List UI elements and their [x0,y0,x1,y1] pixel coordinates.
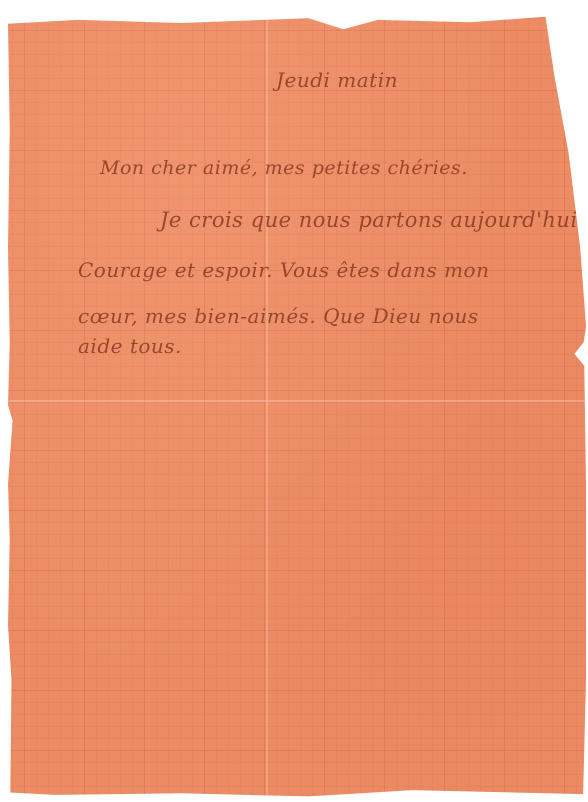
letter-body-line: cœur, mes bien-aimés. Que Dieu nous [78,304,479,328]
letter-body-line: aide tous. [78,334,182,358]
letter-page: Jeudi matin Mon cher aimé, mes petites c… [8,12,586,798]
letter-body-line: Je crois que nous partons aujourd'hui. [160,208,585,232]
letter-heading: Jeudi matin [276,68,398,92]
letter-body-line: Courage et espoir. Vous êtes dans mon [78,258,489,282]
letter-salutation: Mon cher aimé, mes petites chéries. [100,157,468,179]
vertical-fold-line [266,12,268,798]
horizontal-fold-line [8,400,586,402]
